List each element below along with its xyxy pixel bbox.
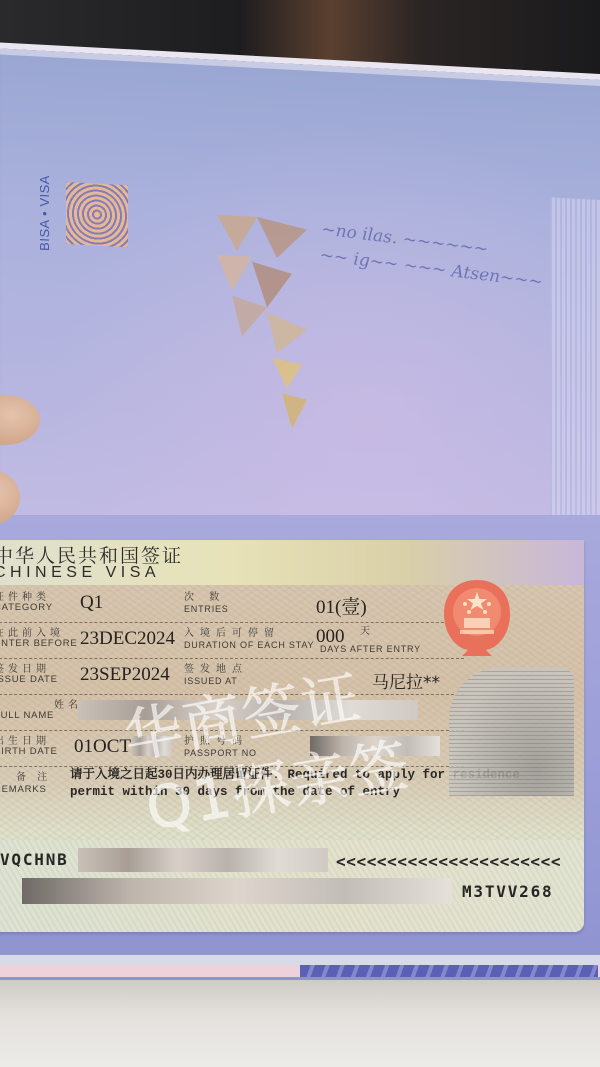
cover-edge [300, 965, 598, 977]
entries-label-cn: 次 数 [184, 588, 225, 603]
enter-before-label-en: ENTER BEFORE [0, 638, 78, 649]
enter-before-value: 23DEC2024 [80, 628, 175, 650]
mrz-line-1-prefix: VQCHNB [0, 850, 69, 869]
table-surface [0, 980, 600, 1067]
birth-date-label-en: BIRTH DATE [0, 746, 58, 757]
row-enter-before: 在此前入境 ENTER BEFORE 23DEC2024 入境后可停留 DURA… [0, 622, 464, 659]
birth-date-value: 01OCT [74, 736, 131, 758]
row-category: 证件种类 CATEGORY Q1 次 数 ENTRIES 01(壹) [0, 586, 464, 623]
mrz-line-2-redacted [22, 878, 452, 904]
enter-before-label-cn: 在此前入境 [0, 624, 64, 639]
entries-label-en: ENTRIES [184, 604, 229, 614]
visa-title-english: CHINESE VISA [0, 564, 160, 582]
duration-label-cn: 入境后可停留 [184, 624, 280, 639]
remarks-label-en: REMARKS [0, 784, 47, 795]
issued-at-value: 马尼拉** [372, 668, 440, 693]
issue-date-value: 23SEP2024 [80, 664, 170, 686]
category-label-en: CATEGORY [0, 602, 53, 613]
passport-upper-page: BISA • VISA ~no ilas. ~~~~~~ ~~ ig~~ ~~~… [0, 42, 600, 581]
duration-unit-cn: 天 [360, 622, 376, 637]
full-name-label-en: FULL NAME [0, 710, 54, 721]
national-emblem-icon [440, 578, 514, 658]
great-wall-illustration [449, 668, 574, 796]
category-value: Q1 [80, 592, 103, 614]
entries-value: 01(壹) [316, 592, 367, 619]
mrz-line-2-suffix: M3TVV268 [462, 882, 553, 901]
remarks-label-cn: 备 注 [16, 768, 51, 783]
category-label-cn: 证件种类 [0, 588, 50, 603]
mrz-line-1-filler: <<<<<<<<<<<<<<<<<<<<<< [336, 852, 561, 871]
issue-date-label-en: ISSUE DATE [0, 674, 58, 685]
issue-date-label-cn: 签发日期 [0, 660, 50, 675]
page-visa-label: BISA • VISA [37, 175, 52, 252]
triangle-pattern-icon [212, 210, 322, 436]
birth-date-label-cn: 出生日期 [0, 732, 50, 747]
hologram-pattern-icon [66, 182, 128, 247]
machine-readable-zone: VQCHNB <<<<<<<<<<<<<<<<<<<<<< M3TVV268 [0, 840, 584, 932]
duration-label-en: DURATION OF EACH STAY [184, 640, 314, 650]
mrz-line-1-redacted [78, 848, 328, 872]
handwritten-note: ~no ilas. ~~~~~~ ~~ ig~~ ~~~ Atsen~~~ [318, 216, 582, 307]
chinese-visa-sticker: 中华人民共和国签证 CHINESE VISA 证件种类 CATEGORY Q1 … [0, 540, 584, 932]
